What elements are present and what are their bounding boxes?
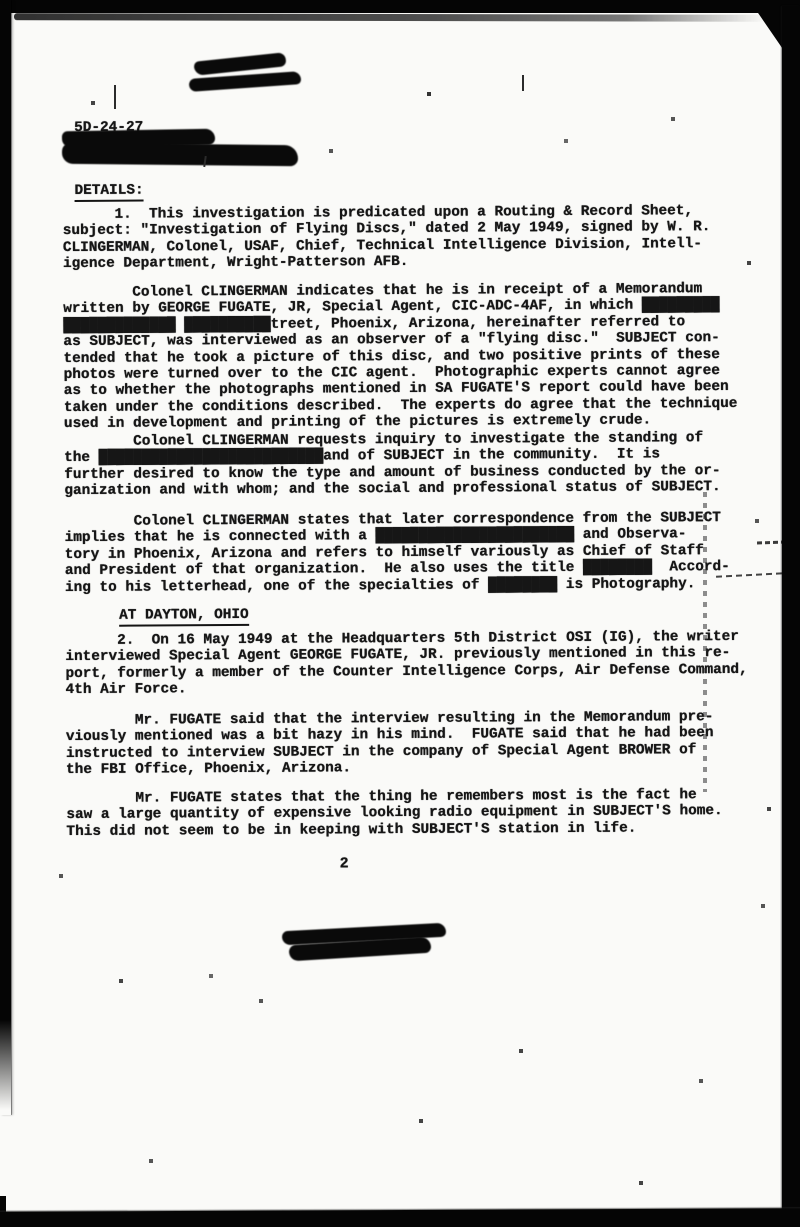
scan-border-top bbox=[0, 0, 800, 13]
scanned-page: 5D-24-27 DETAILS: 1. This investigation … bbox=[0, 0, 800, 1227]
scan-streak-right bbox=[703, 492, 707, 792]
paragraph-5: 2. On 16 May 1949 at the Headquarters 5t… bbox=[65, 629, 748, 699]
redaction-stroke bbox=[62, 143, 298, 166]
paragraph-3: Colonel CLINGERMAN requests inquiry to i… bbox=[64, 430, 721, 500]
page-number: 2 bbox=[340, 856, 349, 872]
details-heading-wrap: DETAILS: bbox=[74, 183, 143, 203]
typed-content: 5D-24-27 DETAILS: 1. This investigation … bbox=[0, 0, 800, 1227]
scan-border-right bbox=[782, 6, 800, 1227]
paragraph-1: 1. This investigation is predicated upon… bbox=[63, 203, 711, 273]
scan-border-bottom bbox=[0, 1208, 800, 1227]
dayton-heading: AT DAYTON, OHIO bbox=[119, 607, 249, 627]
paragraph-7: Mr. FUGATE states that the thing he reme… bbox=[66, 787, 723, 840]
paragraph-2: Colonel CLINGERMAN indicates that he is … bbox=[63, 281, 737, 433]
paragraph-4: Colonel CLINGERMAN states that later cor… bbox=[64, 510, 729, 596]
scan-mark bbox=[522, 75, 524, 91]
paragraph-6: Mr. FUGATE said that the interview resul… bbox=[66, 709, 714, 779]
details-heading: DETAILS: bbox=[74, 183, 143, 203]
scan-border-left bbox=[0, 0, 11, 1115]
dayton-heading-wrap: AT DAYTON, OHIO bbox=[119, 607, 249, 627]
scan-mark bbox=[114, 85, 116, 109]
